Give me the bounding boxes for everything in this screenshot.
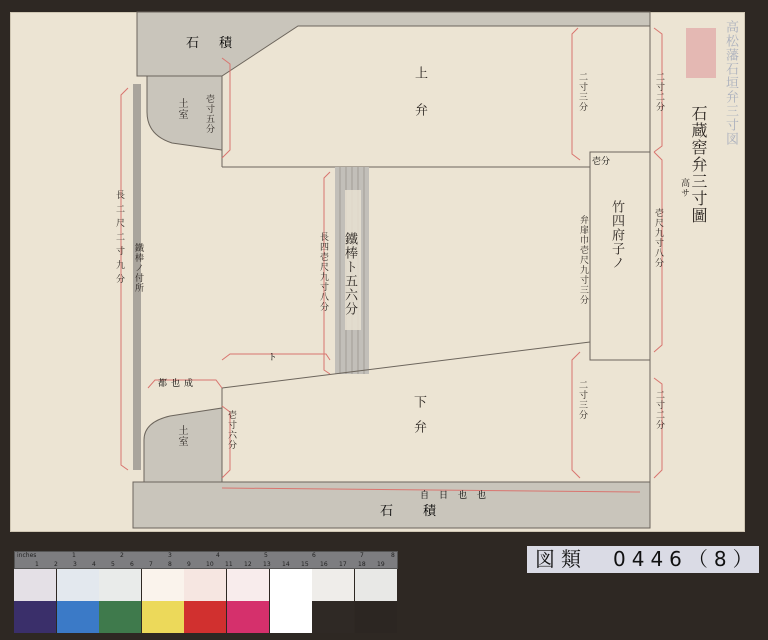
window-inner-dim: 弁扉巾壱尺九寸三分 [578,215,587,305]
small-mark: 壱分 [592,154,610,167]
color-swatch [14,601,56,633]
document-title: 石蔵窖弁三寸圖 [690,105,706,224]
window-label: 竹四府子ノ [610,200,623,270]
color-swatch [227,601,269,633]
left-length-dim: 長二尺二寸九分 [114,190,123,288]
bottom-mark: 自日也也 [420,488,496,501]
left-mid-note: 都也成 [158,376,197,389]
upper-room-label: 上弁 [413,66,426,140]
color-swatch [355,569,397,601]
right-upper-dim: 二寸二分 [654,72,663,112]
measurement-ruler: inches 1 2 3 4 5 6 7 8 1 2 3 4 5 6 7 8 9… [14,551,398,569]
color-swatch [312,601,354,633]
color-swatch [184,569,226,601]
iron-bar-length-dim: 長四壱尺九寸八分 [318,232,327,312]
upper-earth-room-dim: 壱寸五分 [204,94,213,134]
lower-earth-room-label: 土室 [176,425,186,447]
color-swatch [14,569,56,601]
color-swatch [227,569,269,601]
bottom-stone-label: 石積 [380,500,466,519]
right-long-dim: 壱尺九寸八分 [653,208,662,268]
catalog-number-label: 図類 0446（8） [527,546,759,573]
color-swatch [184,601,226,633]
upper-earth-room-label: 土室 [176,98,186,120]
inch-scale: inches 1 2 3 4 5 6 7 8 [15,552,397,561]
inner-upper-dim: 二寸三分 [577,72,586,112]
lower-room-label: 下弁 [412,395,425,445]
color-swatch [312,569,354,601]
iron-bar-label: 鐵棒ト五六分 [343,232,356,316]
color-swatch [355,601,397,633]
color-swatch [99,601,141,633]
top-stone-label: 石積 [186,32,252,51]
color-swatch [142,569,184,601]
inner-lower-dim: 二寸三分 [577,380,586,420]
title-annotation: 高サ [679,178,688,198]
mid-note: ト [268,350,277,363]
lower-earth-room-dim: 壱寸六分 [226,410,235,450]
color-swatch [57,569,99,601]
color-calibration-chart [14,569,398,633]
color-swatch [99,569,141,601]
color-swatch [270,569,312,601]
color-swatch [270,601,312,633]
left-wall-note: 鐵棒ノ付所 [133,243,142,293]
right-lower-dim: 二寸二分 [654,390,663,430]
faint-reverse-title: 高松藩石垣弁三寸図 [724,20,737,146]
color-swatch [57,601,99,633]
architectural-drawing [0,0,768,640]
color-swatch [142,601,184,633]
red-seal-stamp [686,28,716,78]
